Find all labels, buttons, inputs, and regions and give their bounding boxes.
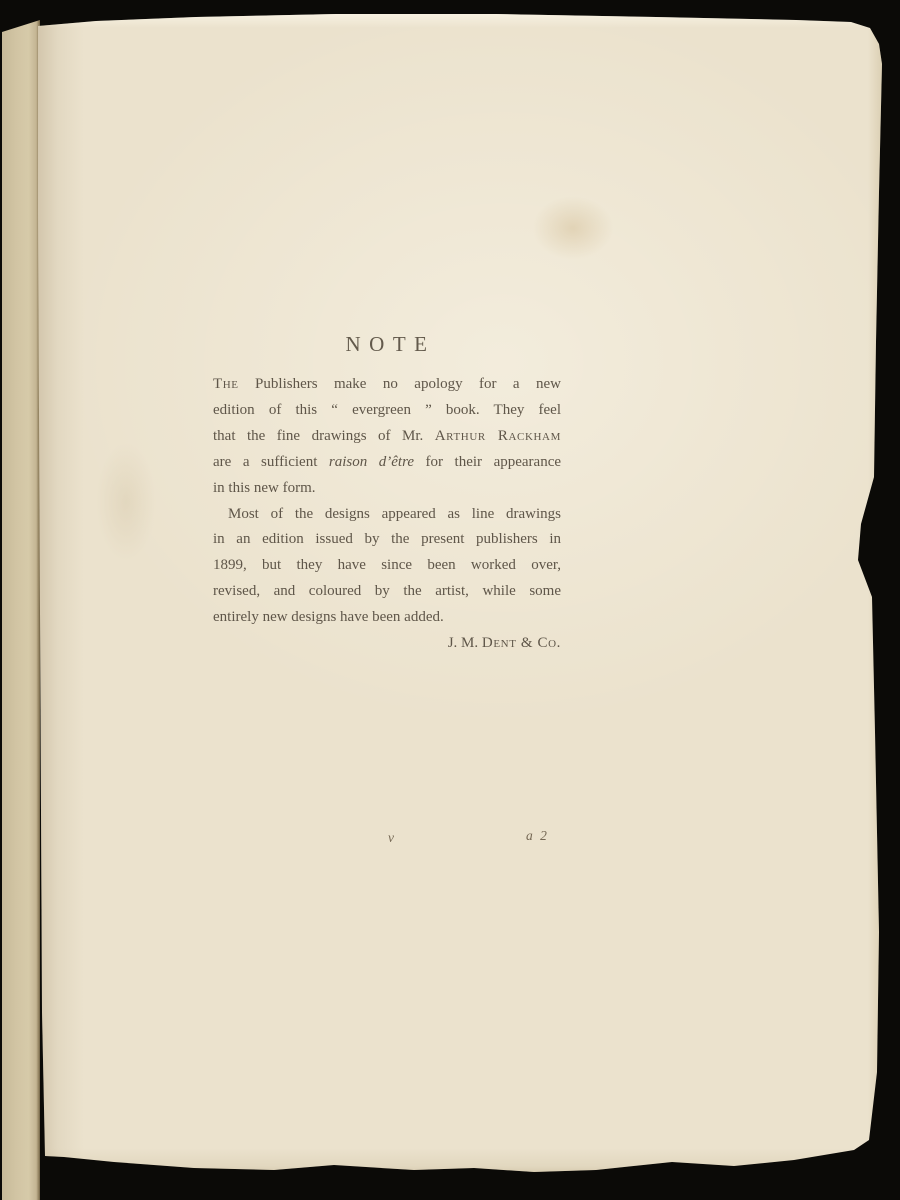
text-segment: for their appearance — [414, 454, 561, 470]
text-segment: in this new form. — [213, 480, 316, 496]
text-line: The Publishers make no apology for a new — [213, 372, 561, 398]
text-block: NOTE The Publishers make no apology for … — [213, 332, 561, 657]
signature-mark: a 2 — [526, 828, 549, 844]
text-line: that the fine drawings of Mr. Arthur Rac… — [213, 424, 561, 450]
text-line: 1899, but they have since been worked ov… — [213, 553, 561, 579]
text-line: J. M. Dent & Co. — [213, 631, 561, 657]
page-footer: v a 2 — [213, 830, 561, 850]
paper-stain — [96, 442, 156, 562]
paper-stain — [531, 195, 615, 261]
text-segment: are a sufficient — [213, 454, 329, 470]
folio-number: v — [388, 830, 394, 846]
text-segment: 1899, but they have since been worked ov… — [213, 557, 561, 573]
text-segment: Dent & Co. — [482, 635, 561, 651]
text-line: are a sufficient raison d’être for their… — [213, 450, 561, 476]
book-page: NOTE The Publishers make no apology for … — [36, 12, 884, 1180]
text-segment: J. M. — [448, 635, 482, 651]
text-line: entirely new designs have been added. — [213, 605, 561, 631]
text-segment: edition of this “ evergreen ” book. They… — [213, 402, 561, 418]
page-title: NOTE — [213, 332, 561, 356]
text-segment: Arthur Rackham — [435, 428, 561, 444]
text-line: in an edition issued by the present publ… — [213, 527, 561, 553]
text-line: Most of the designs appeared as line dra… — [213, 502, 561, 528]
text-segment: Most of the designs appeared as line dra… — [228, 506, 561, 522]
text-line: edition of this “ evergreen ” book. They… — [213, 398, 561, 424]
text-segment: The — [213, 376, 239, 392]
body-lines: The Publishers make no apology for a new… — [213, 372, 561, 657]
text-segment: that the fine drawings of Mr. — [213, 428, 435, 444]
scan-background: { "colors": { "background": "#0b0a07", "… — [0, 0, 900, 1200]
text-segment: revised, and coloured by the artist, whi… — [213, 583, 561, 599]
text-segment: entirely new designs have been added. — [213, 609, 444, 625]
text-segment: in an edition issued by the present publ… — [213, 531, 561, 547]
text-segment: Publishers make no apology for a new — [239, 376, 561, 392]
text-line: revised, and coloured by the artist, whi… — [213, 579, 561, 605]
text-line: in this new form. — [213, 476, 561, 502]
text-segment: raison d’être — [329, 454, 414, 470]
book-edge-strip — [2, 20, 40, 1200]
